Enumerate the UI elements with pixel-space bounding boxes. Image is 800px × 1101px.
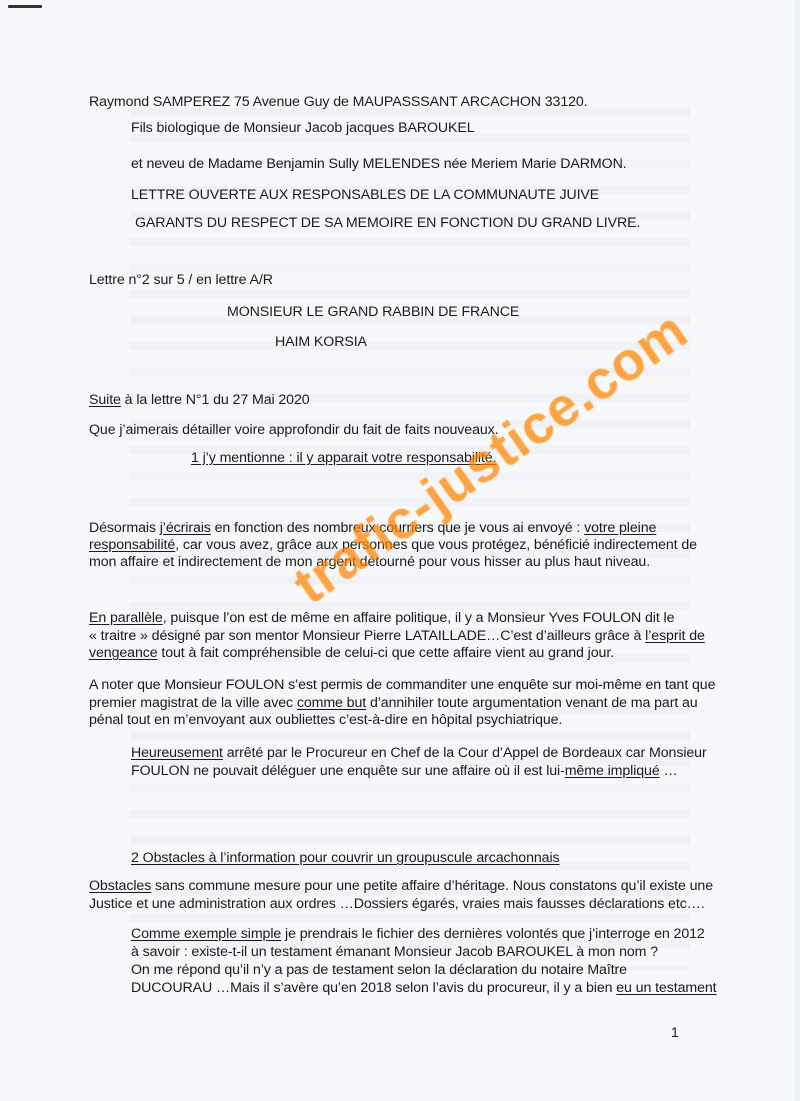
emphasis: En parallèle [89,610,163,626]
text: « traitre » désigné par son mentor Monsi… [89,628,645,644]
para6-line1: Comme exemple simple je prendrais le fic… [131,925,705,943]
emphasis: Obstacles [89,878,151,894]
text: tout à fait compréhensible de celui-ci q… [158,645,614,661]
suite-underlined: Suite [89,392,121,408]
text: premier magistrat de la ville avec [89,695,297,711]
recipient-title: MONSIEUR LE GRAND RABBIN DE FRANCE [227,303,519,321]
staple-mark [8,5,42,8]
para4-line2: FOULON ne pouvait déléguer une enquête s… [131,762,678,780]
para3-line1: A noter que Monsieur FOULON s’est permis… [89,676,715,694]
scan-edge [794,0,800,1101]
scanned-letter-page: Raymond SAMPEREZ 75 Avenue Guy de MAUPAS… [0,0,800,1101]
para5-line2: Justice et une administration aux ordres… [89,895,705,913]
text: DUCOURAU …Mais il s’avère qu’en 2018 sel… [131,980,616,996]
para6-line3: On me répond qu’il n’y a pas de testamen… [131,961,627,979]
emphasis: responsabilité [89,537,175,553]
emphasis: même impliqué [565,763,660,779]
text: , puisque l’on est de même en affaire po… [163,610,675,626]
text: sans commune mesure pour une petite affa… [151,878,713,894]
text: arrêté par le Procureur en Chef de la Co… [223,745,707,761]
sender-lineage-aunt: et neveu de Madame Benjamin Sully MELEND… [131,155,627,173]
text: Désormais [89,520,160,536]
emphasis: vengeance [89,645,158,661]
para2-line2: « traitre » désigné par son mentor Monsi… [89,627,705,645]
para2-line3: vengeance tout à fait compréhensible de … [89,644,614,662]
para5-line1: Obstacles sans commune mesure pour une p… [89,877,713,895]
para3-line3: pénal tout en m’envoyant aux oubliettes … [89,711,562,729]
para6-line4: DUCOURAU …Mais il s’avère qu’en 2018 sel… [131,979,717,997]
para2-line1: En parallèle, puisque l’on est de même e… [89,609,674,627]
emphasis: Heureusement [131,745,223,761]
section2-heading: 2 Obstacles à l’information pour couvrir… [131,849,560,867]
letter-title-line2: GARANTS DU RESPECT DE SA MEMOIRE EN FONC… [135,214,640,232]
emphasis: j’écrirais [160,520,211,536]
emphasis: Comme exemple simple [131,926,281,942]
letter-title-line1: LETTRE OUVERTE AUX RESPONSABLES DE LA CO… [131,186,599,204]
para3-line2: premier magistrat de la ville avec comme… [89,694,698,712]
emphasis: votre pleine [584,520,656,536]
emphasis: l’esprit de [645,628,705,644]
text: je prendrais le fichier des dernières vo… [281,926,705,942]
sender-address: Raymond SAMPEREZ 75 Avenue Guy de MAUPAS… [89,93,588,111]
letter-reference: Lettre n°2 sur 5 / en lettre A/R [89,271,273,289]
recipient-name: HAIM KORSIA [275,333,367,351]
sender-lineage-father: Fils biologique de Monsieur Jacob jacque… [131,119,475,137]
text: , car vous avez, grâce aux personnes que… [175,537,697,553]
section2-heading-text: 2 Obstacles à l’information pour couvrir… [131,850,560,866]
suite-rest: à la lettre N°1 du 27 Mai 2020 [121,392,310,408]
text: d’annihiler toute argumentation venant d… [366,695,697,711]
para4-line1: Heureusement arrêté par le Procureur en … [131,744,707,762]
emphasis: comme but [297,695,366,711]
para6-line2: à savoir : existe-t-il un testament éman… [131,943,658,961]
emphasis: eu un testament [616,980,716,996]
page-number: 1 [671,1024,679,1040]
text: FOULON ne pouvait déléguer une enquête s… [131,763,565,779]
text: … [660,763,678,779]
intro-line2: Que j’aimerais détailler voire approfond… [89,421,499,439]
intro-suite: Suite à la lettre N°1 du 27 Mai 2020 [89,391,310,409]
